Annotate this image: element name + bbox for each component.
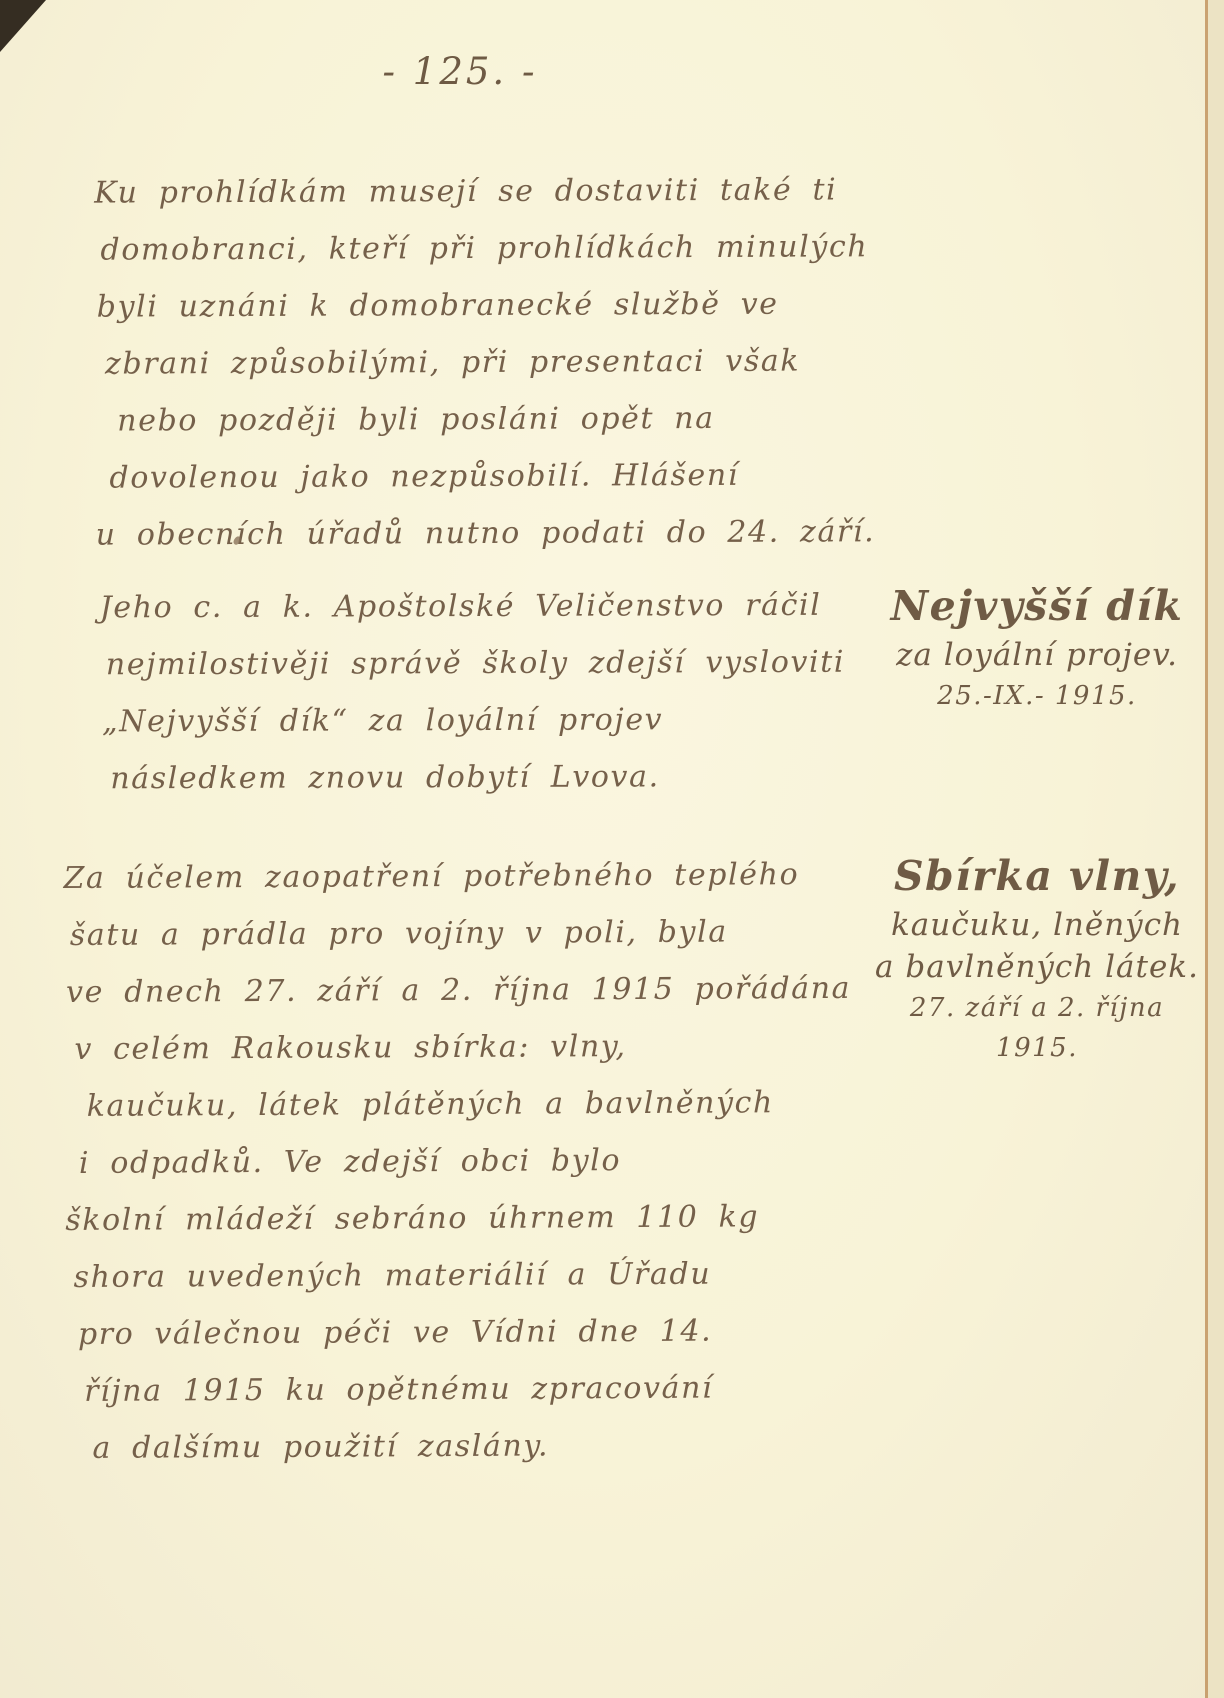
margin-note-line: za loyální projev. — [872, 634, 1202, 676]
margin-note-wool-collection: Sbírka vlny, kaučuku, lněných a bavlněný… — [872, 848, 1202, 1068]
paragraph-wool-collection: Za účelem zaopatření potřebného teplého … — [63, 846, 836, 1477]
page-edge-strip — [1208, 0, 1224, 1698]
handwritten-line: v celém Rakousku sbírka: vlny, — [64, 1017, 834, 1078]
handwritten-line: října 1915 ku opětnému zpracování — [66, 1359, 836, 1420]
handwritten-line: Jeho c. a k. Apoštolské Veličenstvo ráči… — [100, 577, 860, 637]
margin-note-line: a bavlněných látek. — [872, 946, 1202, 988]
margin-note-line: kaučuku, lněných — [872, 904, 1202, 946]
handwritten-line: nebo později byli posláni opět na — [95, 389, 855, 449]
handwritten-line: nejmilostivěji správě školy zdejší vyslo… — [100, 634, 860, 694]
handwritten-line: pro válečnou péči ve Vídni dne 14. — [66, 1302, 836, 1363]
margin-note-heading: Sbírka vlny, — [872, 848, 1202, 904]
photo-corner-shadow — [0, 0, 46, 52]
handwritten-line: „Nejvyšší dík“ za loyální projev — [100, 691, 860, 751]
handwritten-line: dovolenou jako nezpůsobilí. Hlášení — [95, 446, 855, 506]
chronicle-page: - 125. - Ku prohlídkám musejí se dostavi… — [0, 0, 1224, 1698]
handwritten-line: ve dnech 27. září a 2. října 1915 pořádá… — [64, 960, 834, 1021]
handwritten-line: následkem znovu dobytí Lvova. — [100, 748, 860, 808]
handwritten-line: Ku prohlídkám musejí se dostaviti také t… — [94, 161, 854, 221]
handwritten-line: kaučuku, látek plátěných a bavlněných — [65, 1074, 835, 1135]
margin-note-highest-thanks: Nejvyšší dík za loyální projev. 25.-IX.-… — [872, 578, 1202, 716]
handwritten-line: domobranci, kteří při prohlídkách minulý… — [94, 218, 854, 278]
handwritten-line: školní mládeží sebráno úhrnem 110 kg — [65, 1188, 835, 1249]
paragraph-home-guard-inspections: Ku prohlídkám musejí se dostaviti také t… — [94, 161, 856, 563]
margin-note-date: 25.-IX.- 1915. — [872, 676, 1202, 716]
page-edge-line — [1205, 0, 1208, 1698]
handwritten-line: byli uznáni k domobranecké službě ve — [95, 275, 855, 335]
page-number: - 125. - — [340, 50, 580, 93]
handwritten-line: Za účelem zaopatření potřebného teplého — [63, 846, 833, 907]
paragraph-highest-thanks: Jeho c. a k. Apoštolské Veličenstvo ráči… — [100, 577, 861, 808]
handwritten-line: šatu a prádla pro vojíny v poli, byla — [64, 903, 834, 964]
handwritten-line: i odpadků. Ve zdejší obci bylo — [65, 1131, 835, 1192]
handwritten-line: a dalšímu použití zaslány. — [66, 1416, 836, 1477]
margin-note-heading: Nejvyšší dík — [872, 578, 1202, 634]
handwritten-line: u obecních úřadů nutno podati do 24. zář… — [96, 503, 856, 563]
handwritten-line: zbrani způsobilými, při presentaci však — [95, 332, 855, 392]
handwritten-line: shora uvedených materiálií a Úřadu — [65, 1245, 835, 1306]
margin-note-date: 27. září a 2. října 1915. — [872, 988, 1202, 1068]
